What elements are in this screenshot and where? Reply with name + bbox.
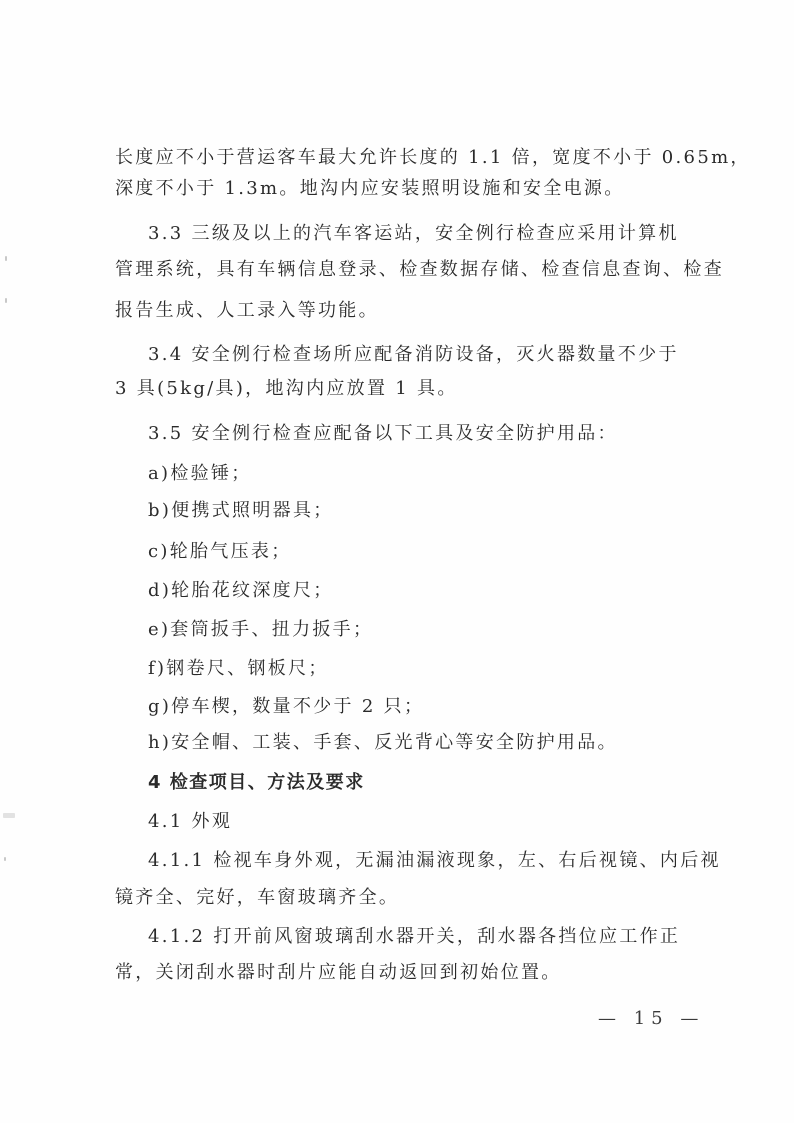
scan-margin-mark	[4, 857, 6, 861]
paragraph-line: 常，关闭刮水器时刮片应能自动返回到初始位置。	[115, 961, 562, 985]
paragraph-line: 3 具(5kg/具)，地沟内应放置 1 具。	[115, 377, 458, 401]
paragraph-line: 3.5 安全例行检查应配备以下工具及安全防护用品：	[148, 422, 618, 446]
scan-margin-mark	[3, 813, 15, 818]
paragraph-line: 4.1.1 检视车身外观，无漏油漏液现象，左、右后视镜、内后视	[148, 849, 721, 873]
list-item: g)停车楔，数量不少于 2 只；	[148, 695, 424, 719]
section-heading: 4 检查项目、方法及要求	[148, 771, 365, 795]
list-item: b)便携式照明器具；	[148, 499, 334, 523]
document-page: 长度应不小于营运客车最大允许长度的 1.1 倍，宽度不小于 0.65m， 深度不…	[0, 0, 794, 1123]
list-item: d)轮胎花纹深度尺；	[148, 579, 334, 603]
paragraph-line: 3.3 三级及以上的汽车客运站，安全例行检查应采用计算机	[148, 222, 679, 246]
page-number: — 15 —	[598, 1008, 704, 1029]
scan-margin-mark	[5, 298, 7, 303]
list-item: a)检验锤；	[148, 462, 252, 486]
list-item: e)套筒扳手、扭力扳手；	[148, 618, 373, 642]
paragraph-line: 深度不小于 1.3m。地沟内应安装照明设施和安全电源。	[115, 177, 625, 201]
paragraph-line: 镜齐全、完好，车窗玻璃齐全。	[115, 886, 399, 910]
scan-margin-mark	[5, 256, 7, 261]
list-item: f)钢卷尺、钢板尺；	[148, 657, 329, 681]
subsection-heading: 4.1 外观	[148, 810, 232, 834]
list-item: c)轮胎气压表；	[148, 540, 292, 564]
paragraph-line: 3.4 安全例行检查场所应配备消防设备，灭火器数量不少于	[148, 343, 679, 367]
paragraph-line: 管理系统，具有车辆信息登录、检查数据存储、检查信息查询、检查	[115, 258, 724, 282]
paragraph-line: 报告生成、人工录入等功能。	[115, 299, 379, 323]
list-item: h)安全帽、工装、手套、反光背心等安全防护用品。	[148, 731, 618, 755]
paragraph-line: 4.1.2 打开前风窗玻璃刮水器开关，刮水器各挡位应工作正	[148, 925, 680, 949]
paragraph-line: 长度应不小于营运客车最大允许长度的 1.1 倍，宽度不小于 0.65m，	[115, 146, 751, 170]
